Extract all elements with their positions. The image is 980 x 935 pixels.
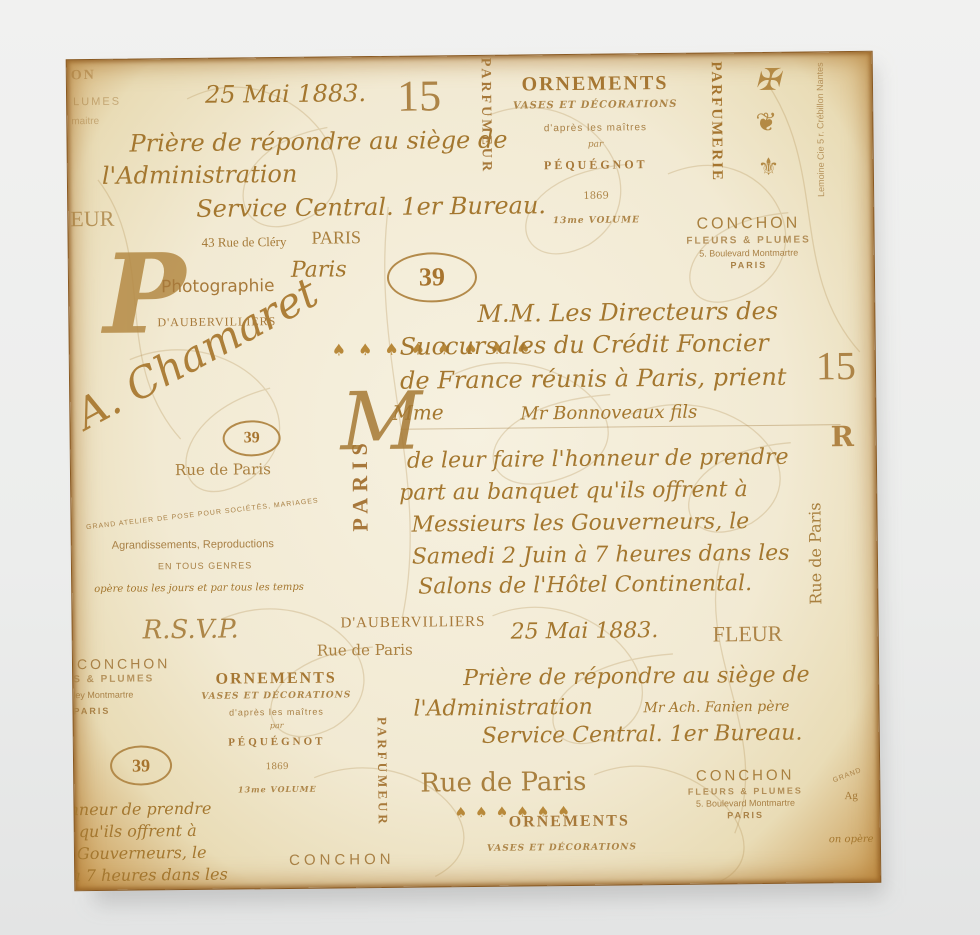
ornements-title: ORNEMENTS [495, 72, 695, 97]
ornements-subtitle: VASES ET DÉCORATIONS [495, 99, 695, 112]
mid-reply-note: Mr Ach. Fanien père [643, 699, 789, 717]
conchon-bottom-edge: CONCHON [289, 851, 395, 869]
ornements-bottom-author: PÉQUÉGNOT [192, 735, 362, 749]
spade-ornaments: ♠♠♠♠♠♠♠♠ [332, 339, 392, 362]
ornements-volume: 13me VOLUME [496, 215, 696, 227]
edge-fragment-lumes: LUMES [73, 96, 121, 109]
ornements-line2: par [496, 139, 696, 151]
edge-fragment-on: ON [71, 68, 96, 84]
ornements-bottom-volume: 13me VOLUME [192, 783, 362, 795]
number-15-right: 15 [816, 342, 856, 389]
photo-line1: Agrandissements, Reproductions [112, 538, 274, 552]
mid-reply-line1: Prière de répondre au siège de [463, 662, 810, 691]
ornements-block-top: ORNEMENTS VASES ET DÉCORATIONS d'après l… [495, 72, 697, 227]
number-15-top: 15 [397, 70, 442, 121]
opere-fragment: on opère [829, 834, 874, 845]
ornements-bottom-subtitle: VASES ET DÉCORATIONS [191, 690, 361, 702]
invite-line3: de France réunis à Paris, prient [400, 363, 787, 395]
edge-fragment-maitre: maitre [71, 116, 99, 127]
invite-line6: part au banquet qu'ils offrent à [399, 477, 748, 506]
ornements-bottom-title: ORNEMENTS [191, 669, 361, 689]
bottom-left-line2: ley Montmartre [73, 690, 133, 701]
aubervilliers-mid: D'AUBERVILLIERS [341, 614, 486, 633]
address-cléry: 43 Rue de Cléry [202, 234, 287, 251]
bottom-left-script2: qu'ils offrent à [79, 821, 197, 841]
invite-line4-name: Mr Bonnoveaux fils [520, 402, 697, 425]
ornements-author: PÉQUÉGNOT [496, 157, 696, 174]
ornament-letter-a: ✠ [755, 63, 781, 98]
street-vertical-right: Rue de Paris [805, 502, 825, 604]
parfumeur-vertical-bottom: PARFUMEUR [374, 717, 391, 827]
mid-reply-line2: l'Administration [413, 695, 592, 722]
ornament-fleur: ⚜ [758, 153, 780, 181]
street-bottom-right: Rue de Paris [420, 767, 586, 799]
invite-line5: de leur faire l'honneur de prendre [407, 445, 789, 474]
conchon-block-bottom: CONCHON FLEURS & PLUMES 5. Boulevard Mon… [670, 766, 821, 821]
conchon-bottom-left: CONCHON [77, 655, 171, 672]
parfumerie-vertical: PARFUMERIE [707, 61, 725, 182]
ag-fragment: Ag [844, 790, 858, 802]
conchon-bottom-city: PARIS [671, 809, 821, 821]
ornements-bottom-line1: d'après les maîtres [191, 706, 361, 718]
conchon-name: CONCHON [668, 214, 828, 234]
ornements-bottom-year: 1869 [192, 761, 362, 773]
ornements-block-bottom: ORNEMENTS VASES ET DÉCORATIONS d'après l… [191, 669, 362, 795]
photo-line2: EN TOUS GENRES [158, 560, 252, 571]
conchon-line1: FLEURS & PLUMES [669, 234, 829, 247]
fleur-fragment: FLEUR [713, 621, 783, 648]
parfumeur-vertical-top: PARFUMEUR [477, 58, 494, 174]
scrapbook-paper: ON LUMES maitre EUR 25 Mai 1883. 15 Priè… [66, 51, 882, 891]
spade-ornaments-bottom: ♠♠♠♠♠♠ [454, 804, 498, 822]
reply-line-3: Service Central. 1er Bureau. [196, 191, 546, 223]
conchon-bottom-name: CONCHON [670, 766, 820, 785]
ornements-bottom-line2: par [192, 720, 362, 731]
city-paris-top: PARIS [311, 227, 361, 249]
bottom-left-script1: nneur de prendre [68, 799, 211, 819]
rsvp: R.S.V.P. [142, 614, 238, 645]
bottom-left-script4: à 7 heures dans les [71, 865, 228, 886]
conchon-block-top: CONCHON FLEURS & PLUMES 5. Boulevard Mon… [668, 214, 829, 271]
conchon-bottom-line2: 5. Boulevard Montmartre [670, 797, 820, 809]
invite-line9: Salons de l'Hôtel Continental. [418, 571, 752, 599]
photo-line3: opère tous les jours et par tous les tem… [94, 582, 304, 595]
ornements-bottom-right: ORNEMENTS [509, 812, 630, 831]
mid-reply-line3: Service Central. 1er Bureau. [482, 721, 803, 749]
bottom-left-line1: S & PLUMES [73, 673, 154, 685]
date-script-top: 25 Mai 1883. [205, 79, 366, 109]
ornements-year: 1869 [496, 190, 696, 203]
bottom-left-script3: Gouverneurs, le [77, 843, 207, 863]
date-script-mid: 25 Mai 1883. [511, 618, 659, 645]
script-capital-m: M [340, 375, 423, 469]
ornament-letter-v: ❦ [755, 108, 777, 138]
invite-line2: Succursales du Crédit Foncier [400, 329, 769, 361]
reply-line-1: Prière de répondre au siège de [129, 126, 507, 158]
invite-line1: M.M. Les Directeurs des [477, 297, 778, 328]
street-mid: Rue de Paris [317, 641, 413, 660]
ornements-bottom-right-subtitle: VASES ET DÉCORATIONS [487, 842, 637, 854]
invite-line7: Messieurs les Gouverneurs, le [411, 509, 749, 538]
ornements-line1: d'après les maîtres [495, 122, 695, 135]
edge-fragment-eur: EUR [70, 206, 114, 232]
conchon-line2: 5. Boulevard Montmartre [669, 247, 829, 259]
conchon-city: PARIS [669, 259, 829, 271]
monogram-r: R [830, 420, 854, 453]
lemoine-vertical: Lemoine Cie 5 r. Crébillon Nantes [815, 62, 826, 197]
photo-street: Rue de Paris [175, 460, 271, 479]
reply-line-2: l'Administration [102, 160, 298, 190]
invite-line8: Samedi 2 Juin à 7 heures dans les [412, 541, 790, 570]
conchon-bottom-line1: FLEURS & PLUMES [670, 785, 820, 797]
bottom-left-city: PARIS [73, 706, 110, 716]
